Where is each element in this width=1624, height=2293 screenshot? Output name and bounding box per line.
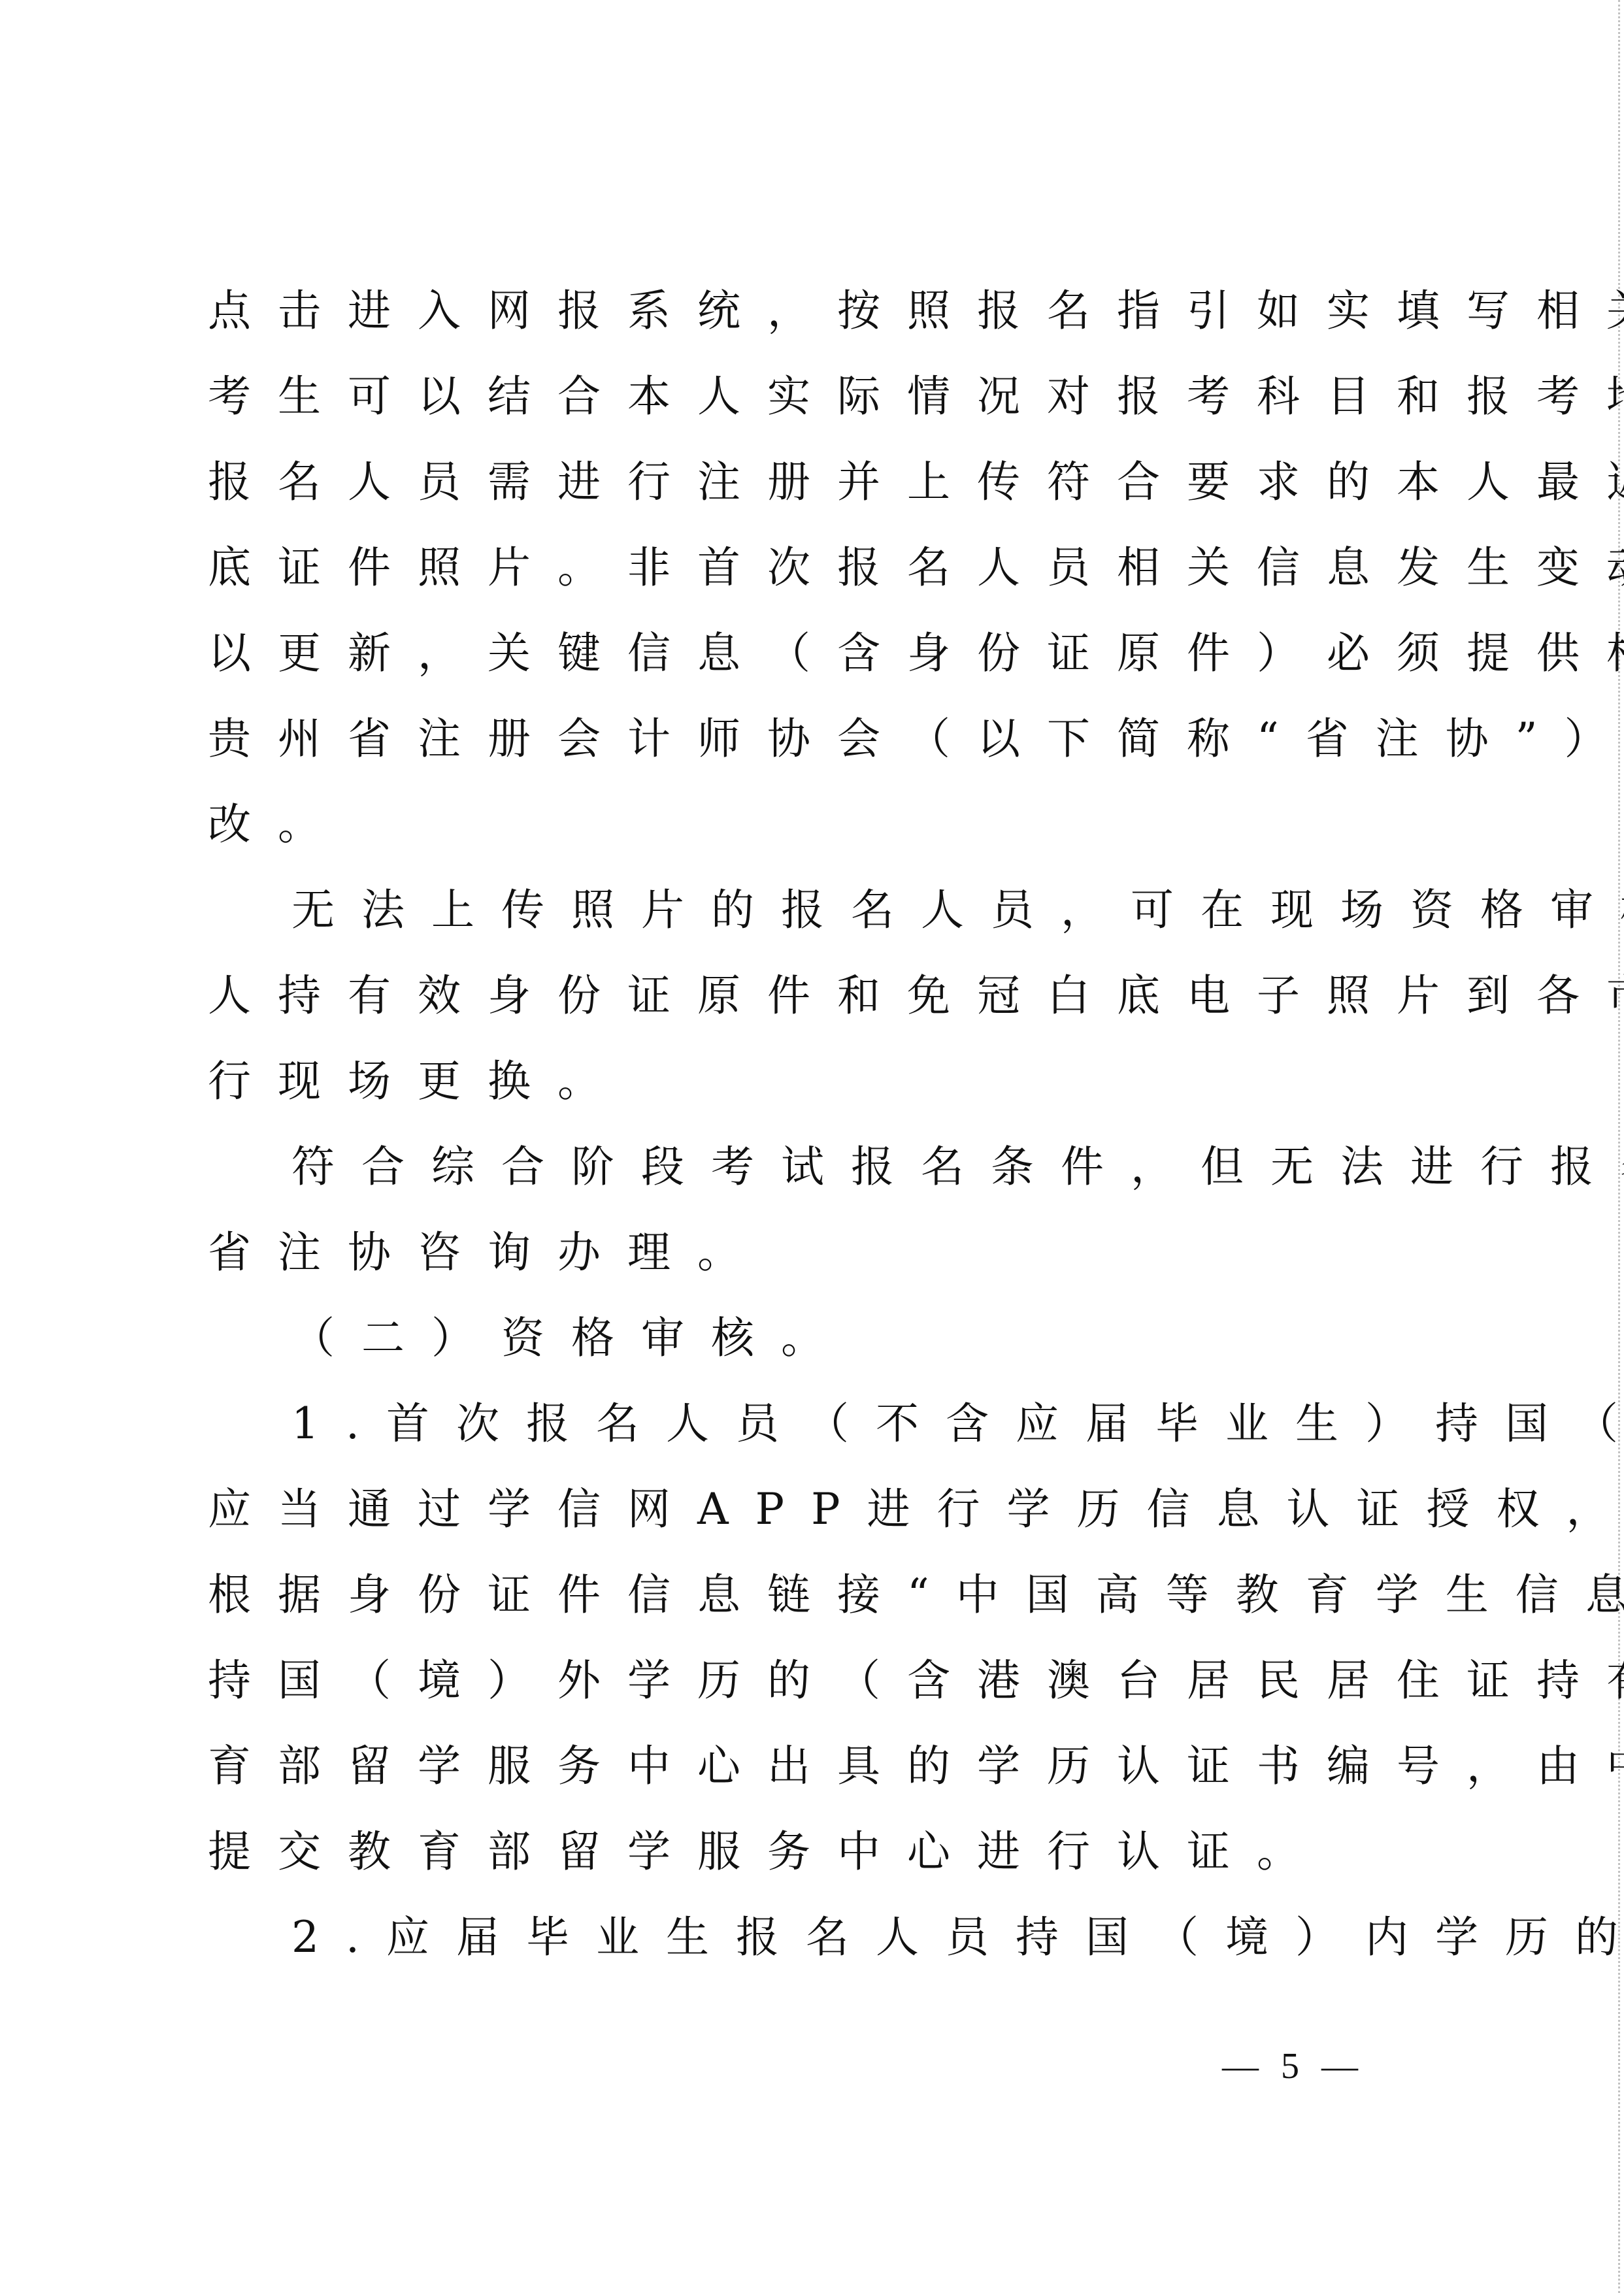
text-line: 报名人员需进行注册并上传符合要求的本人最近1年1寸免冠白 xyxy=(208,439,1405,525)
text-line: 底证件照片。非首次报名人员相关信息发生变动的，应当及时予 xyxy=(208,525,1405,610)
paragraph-start-line: 无法上传照片的报名人员，可在现场资格审核确认期间，本 xyxy=(208,867,1405,953)
text-line: 改。 xyxy=(208,782,1405,867)
page-number: — 5 — xyxy=(1222,2045,1365,2087)
text-line: 贵州省注册会计师协会（以下简称“省注协”）进行现场审核更 xyxy=(208,696,1405,782)
text-line: 提交教育部留学服务中心进行认证。 xyxy=(208,1809,1405,1894)
section-heading: （二）资格审核。 xyxy=(208,1295,1405,1381)
text-line: 点击进入网报系统，按照报名指引如实填写相关信息，在此期间， xyxy=(208,268,1405,354)
list-item-2-start: 2.应届毕业生报名人员持国（境）内学历的，应当于2025 xyxy=(208,1894,1405,1980)
paragraph-start-line: 符合综合阶段考试报名条件，但无法进行报名的人员，可向 xyxy=(208,1124,1405,1210)
text-line: 行现场更换。 xyxy=(208,1038,1405,1124)
text-line: 持国（境）外学历的（含港澳台居民居住证持有人）应当填报教 xyxy=(208,1638,1405,1723)
text-line: 考生可以结合本人实际情况对报考科目和报考地进行调整。首次 xyxy=(208,354,1405,439)
body-text: 点击进入网报系统，按照报名指引如实填写相关信息，在此期间， 考生可以结合本人实际… xyxy=(208,268,1405,1980)
list-item-1-start: 1.首次报名人员（不含应届毕业生）持国（境）内学历的， xyxy=(208,1381,1405,1466)
text-line: 根据身份证件信息链接“中国高等教育学生信息网”进行认证； xyxy=(208,1552,1405,1638)
text-line: 人持有效身份证原件和免冠白底电子照片到各市（州）报名点进 xyxy=(208,953,1405,1038)
document-page: 点击进入网报系统，按照报名指引如实填写相关信息，在此期间， 考生可以结合本人实际… xyxy=(0,0,1624,2293)
text-line: 省注协咨询办理。 xyxy=(208,1210,1405,1295)
text-line: 以更新，关键信息（含身份证原件）必须提供相应佐证并本人到 xyxy=(208,610,1405,696)
text-line: 育部留学服务中心出具的学历认证书编号，由中注协、省级注协 xyxy=(208,1723,1405,1809)
text-line: 应当通过学信网APP进行学历信息认证授权，授权后由网报系统 xyxy=(208,1466,1405,1552)
